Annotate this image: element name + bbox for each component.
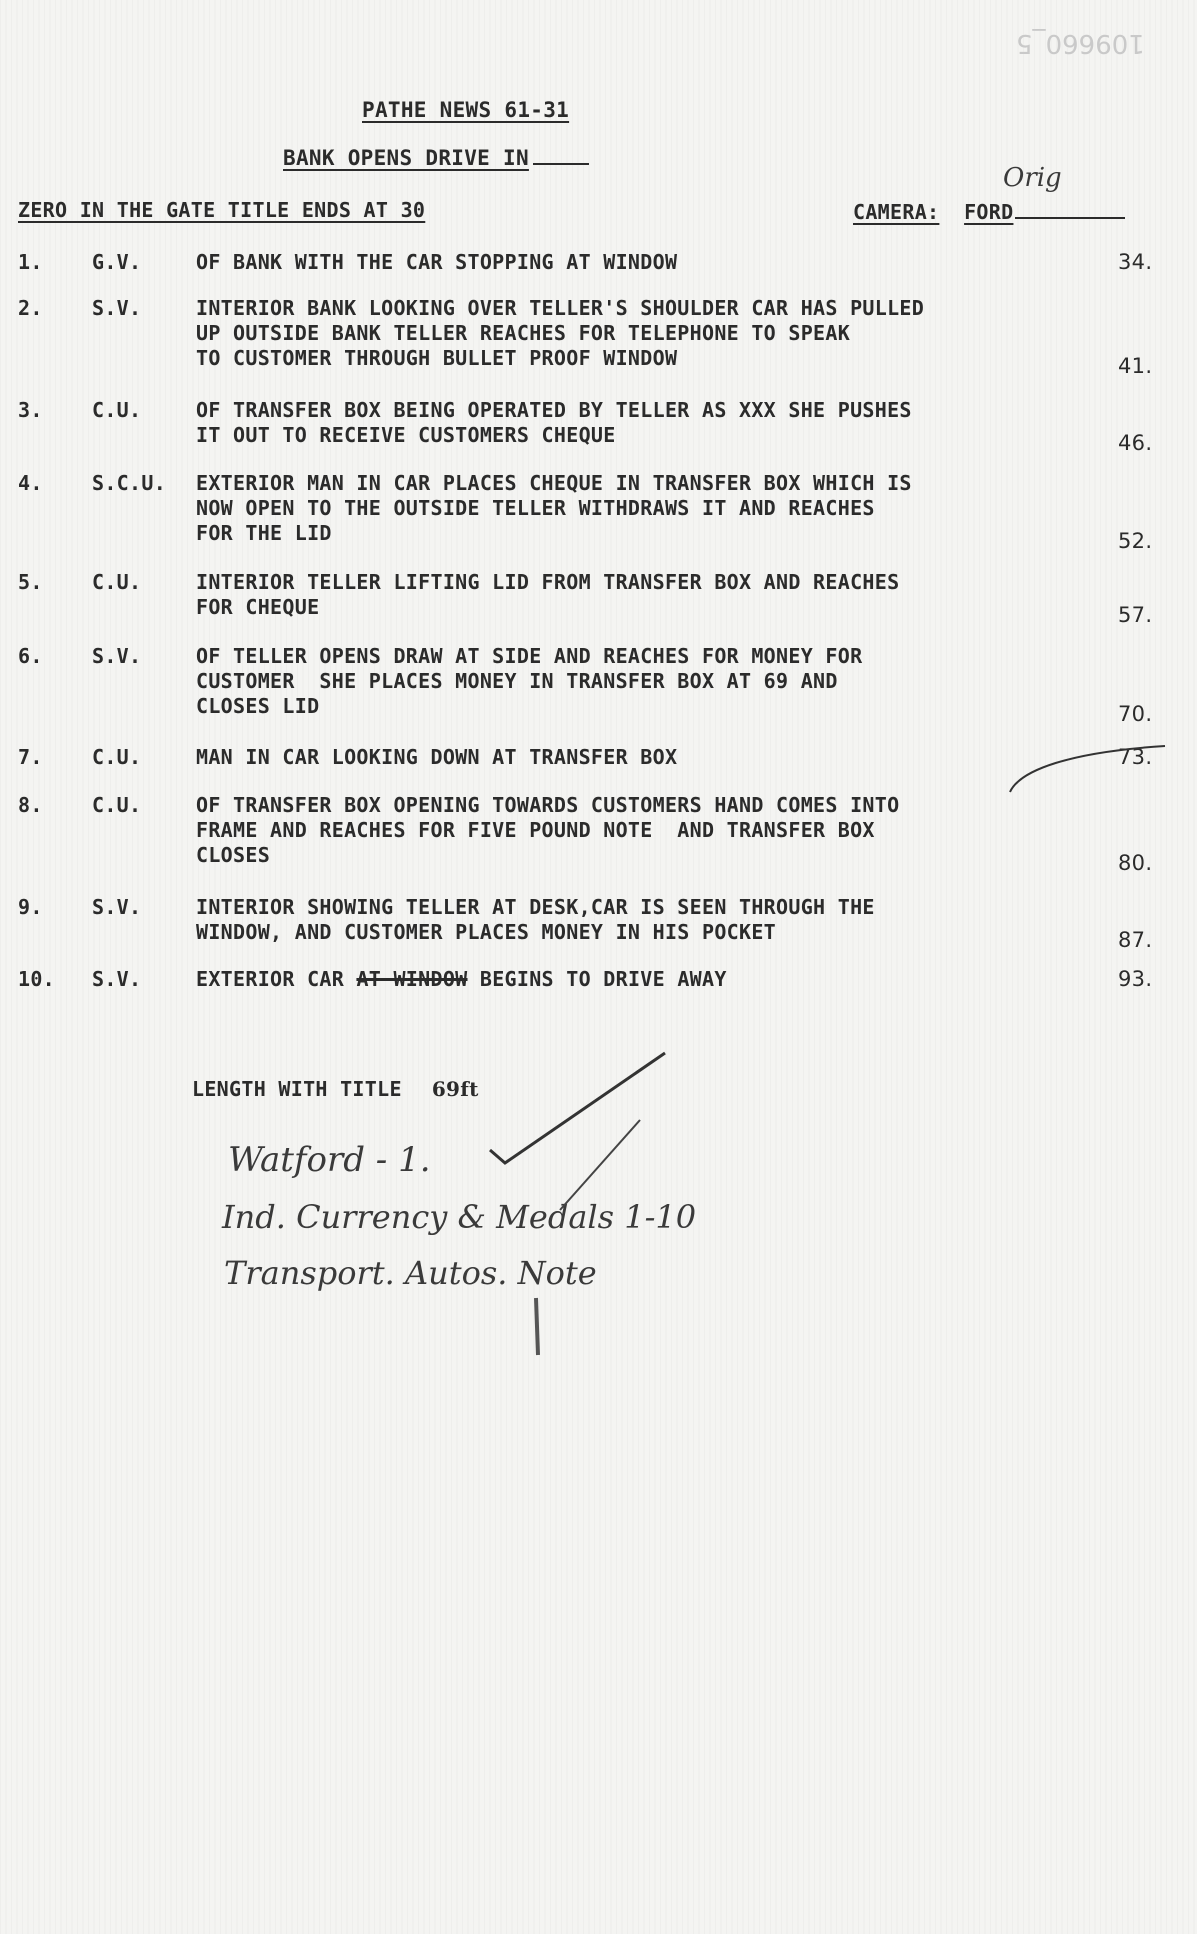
shot-description: OF BANK WITH THE CAR STOPPING AT WINDOW <box>196 250 677 275</box>
camera-label: CAMERA: <box>853 200 939 224</box>
shot-type: S.V. <box>92 296 141 320</box>
shot-description: OF TRANSFER BOX OPENING TOWARDS CUSTOMER… <box>196 793 899 868</box>
document-title: PATHE NEWS 61-31 <box>362 98 569 122</box>
shot-footage: 80. <box>1118 851 1152 875</box>
shot-type: S.V. <box>92 895 141 919</box>
shot-type: C.U. <box>92 793 141 817</box>
camera-annotation: Orig <box>1003 163 1062 193</box>
length-label: LENGTH WITH TITLE <box>192 1077 402 1101</box>
shot-footage: 87. <box>1118 928 1152 952</box>
shot-type: S.V. <box>92 644 141 668</box>
shot-type: C.U. <box>92 570 141 594</box>
shot-type: C.U. <box>92 398 141 422</box>
shot-footage: 70. <box>1118 702 1152 726</box>
shot-footage: 73. <box>1118 745 1152 769</box>
tick-mark <box>536 1298 538 1355</box>
length-value: 69ft <box>432 1077 479 1101</box>
shot-number: 1. <box>18 250 43 274</box>
handwritten-note-3: Transport. Autos. Note <box>224 1254 597 1292</box>
camera-value: FORD <box>964 200 1013 224</box>
check-mark-icon <box>490 1053 665 1163</box>
shot-footage: 57. <box>1118 603 1152 627</box>
shot-footage: 41. <box>1118 354 1152 378</box>
shot-number: 4. <box>18 471 43 495</box>
shot-number: 7. <box>18 745 43 769</box>
shot-type: S.V. <box>92 967 141 991</box>
shot-description: MAN IN CAR LOOKING DOWN AT TRANSFER BOX <box>196 745 677 770</box>
shot-description: INTERIOR BANK LOOKING OVER TELLER'S SHOU… <box>196 296 924 371</box>
check-mark-icon-2 <box>560 1120 640 1210</box>
handwritten-note-1: Watford - 1. <box>228 1140 431 1180</box>
shot-type: G.V. <box>92 250 141 274</box>
zero-gate-note: ZERO IN THE GATE TITLE ENDS AT 30 <box>18 198 425 222</box>
handwritten-note-2: Ind. Currency & Medals 1-10 <box>222 1198 696 1236</box>
shot-description: EXTERIOR MAN IN CAR PLACES CHEQUE IN TRA… <box>196 471 912 546</box>
subtitle-text: BANK OPENS DRIVE IN <box>283 146 529 170</box>
shot-description: EXTERIOR CAR AT WINDOW BEGINS TO DRIVE A… <box>196 967 727 992</box>
camera-credit: CAMERA: FORD <box>853 200 1125 224</box>
shot-type: C.U. <box>92 745 141 769</box>
shot-description: OF TELLER OPENS DRAW AT SIDE AND REACHES… <box>196 644 862 719</box>
shot-number: 2. <box>18 296 43 320</box>
shot-description: OF TRANSFER BOX BEING OPERATED BY TELLER… <box>196 398 912 448</box>
shot-description: INTERIOR SHOWING TELLER AT DESK,CAR IS S… <box>196 895 875 945</box>
shot-number: 5. <box>18 570 43 594</box>
shot-footage: 52. <box>1118 529 1152 553</box>
shot-footage: 46. <box>1118 431 1152 455</box>
shot-number: 8. <box>18 793 43 817</box>
shot-number: 9. <box>18 895 43 919</box>
shot-footage: 93. <box>1118 967 1152 991</box>
reference-number: 109660_5 <box>1016 28 1145 58</box>
shot-number: 3. <box>18 398 43 422</box>
shot-number: 10. <box>18 967 55 991</box>
shot-description: INTERIOR TELLER LIFTING LID FROM TRANSFE… <box>196 570 899 620</box>
shot-footage: 34. <box>1118 250 1152 274</box>
shot-type: S.C.U. <box>92 471 166 495</box>
shot-number: 6. <box>18 644 43 668</box>
document-subtitle: BANK OPENS DRIVE IN <box>283 146 589 170</box>
length-with-title: LENGTH WITH TITLE69ft <box>192 1077 479 1101</box>
